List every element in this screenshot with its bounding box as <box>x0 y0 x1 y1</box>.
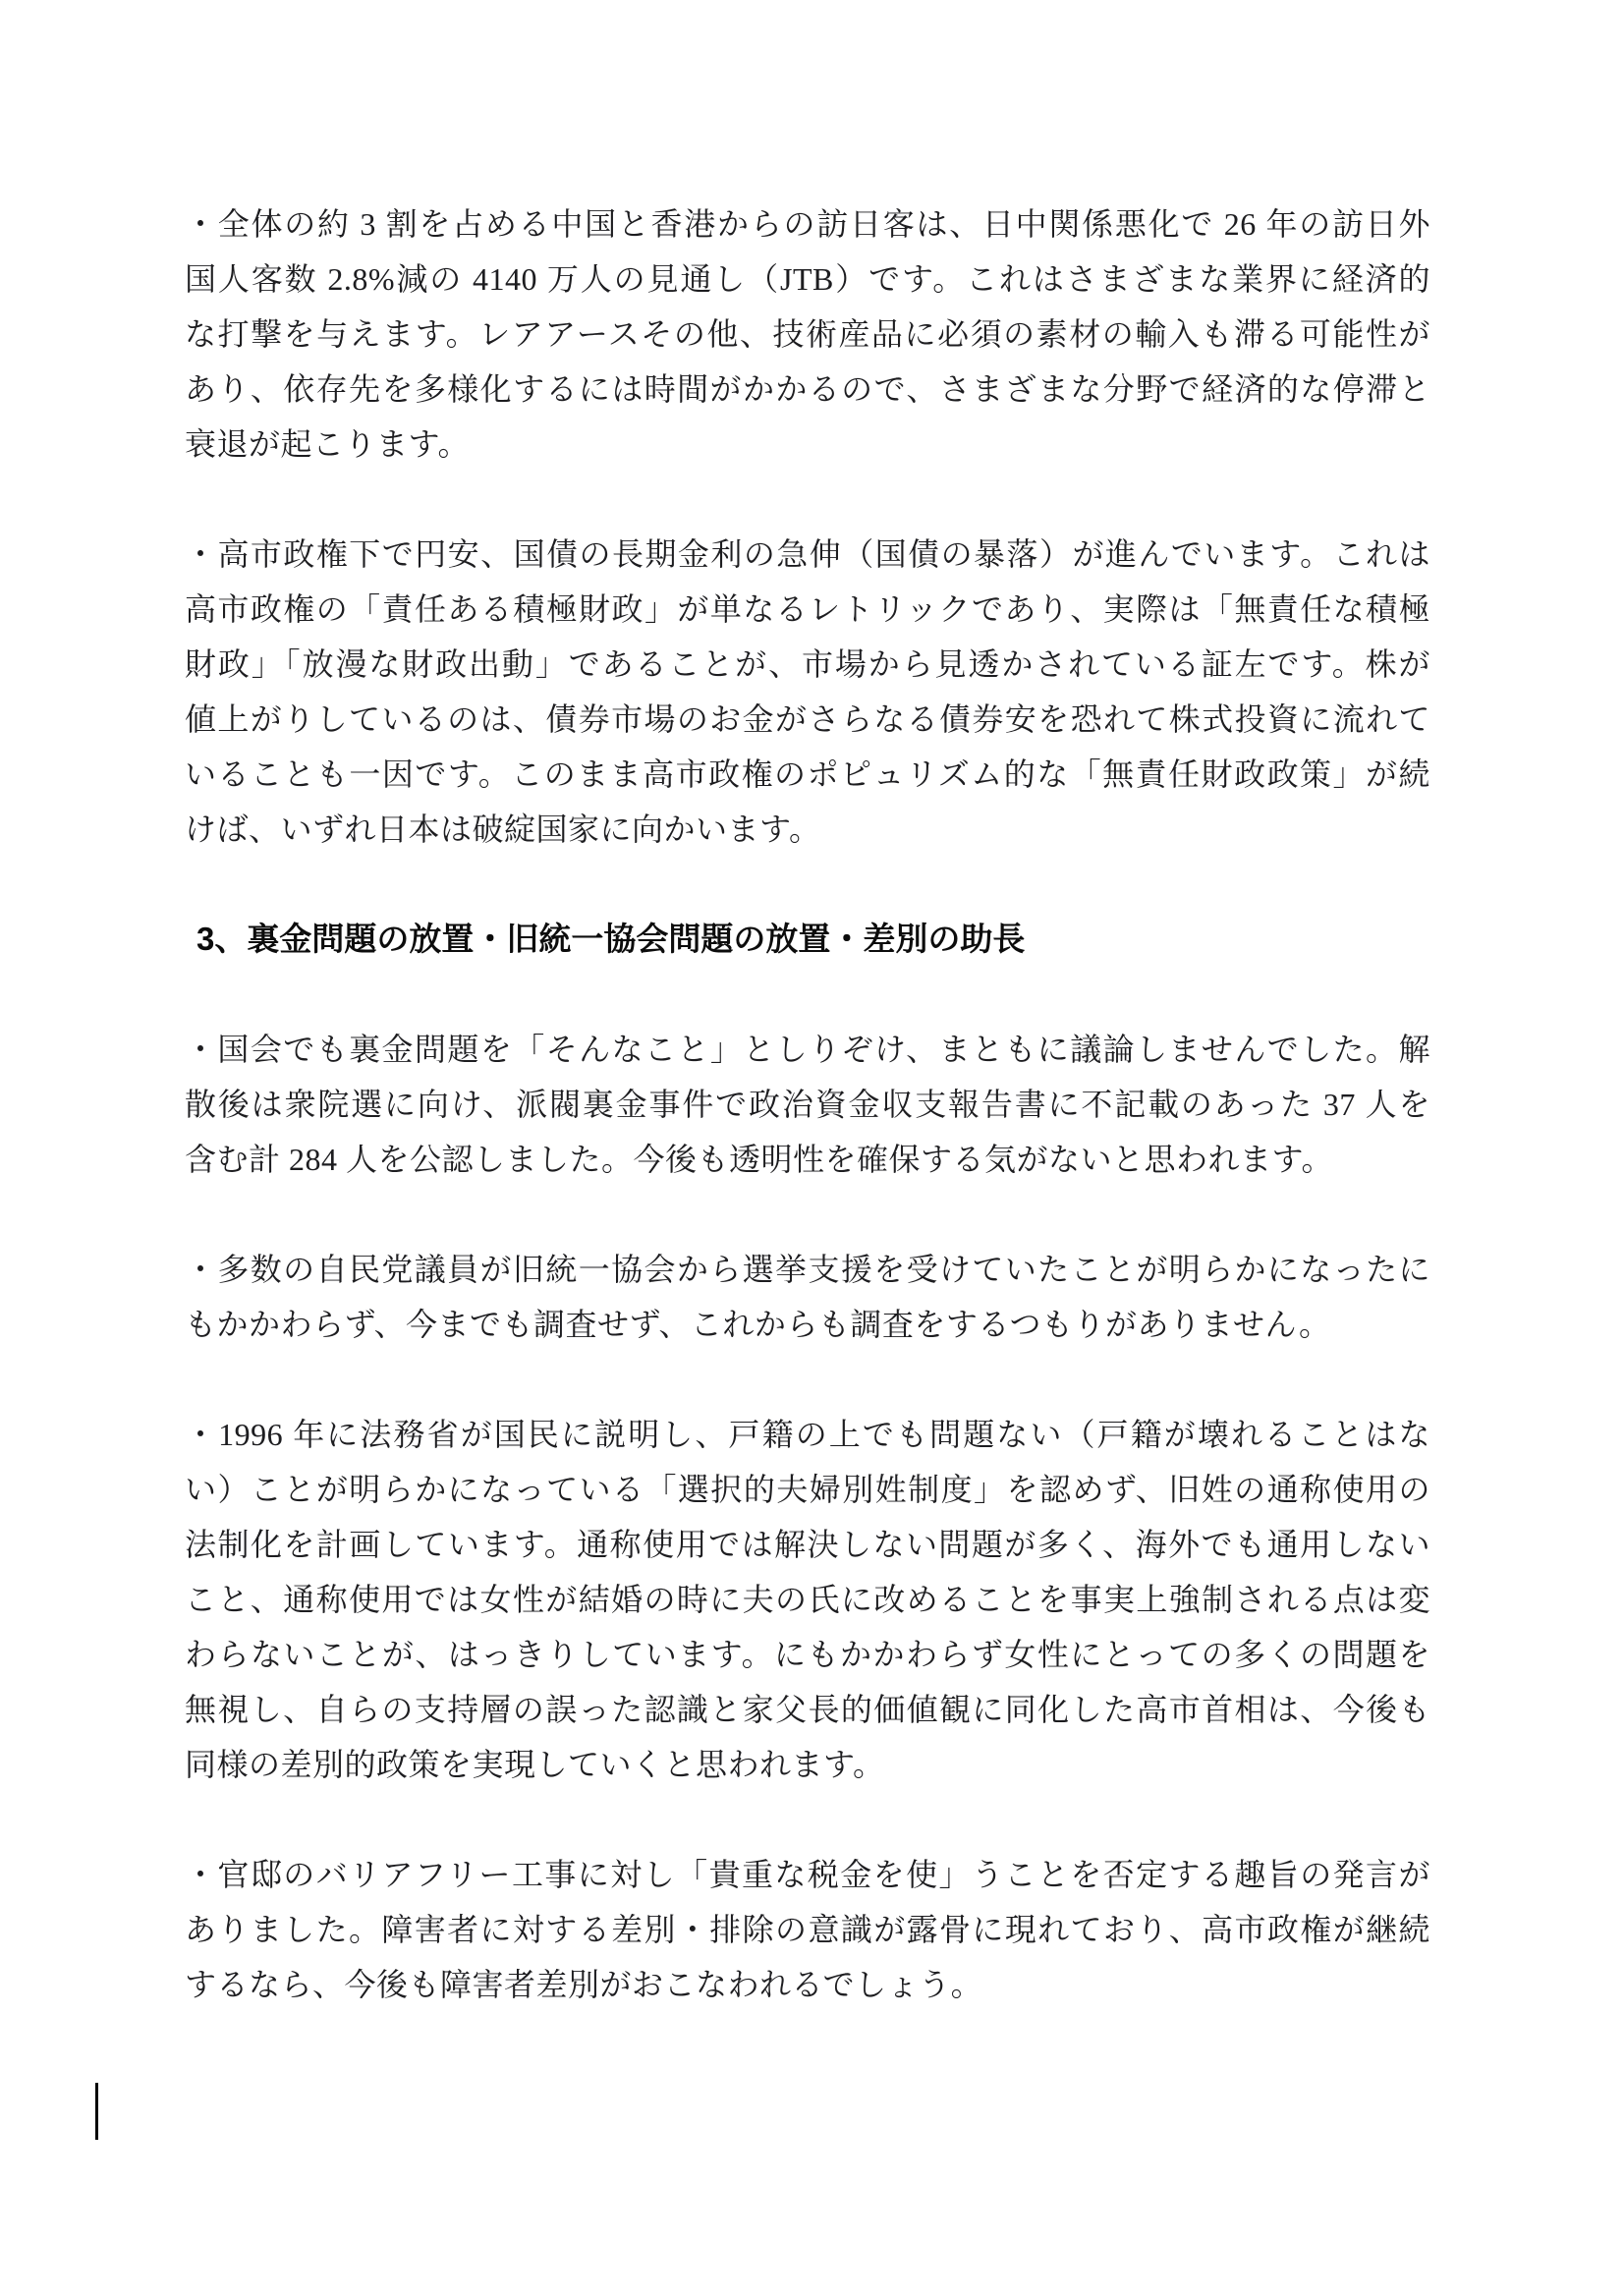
text-line: こと、通称使用では女性が結婚の時に夫の氏に改めることを事実上強制される点は変 <box>185 1572 1430 1627</box>
text-line: わらないことが、はっきりしています。にもかかわらず女性にとっての多くの問題を <box>185 1627 1430 1682</box>
text-line: ・多数の自民党議員が旧統一協会から選挙支援を受けていたことが明らかになったに <box>185 1242 1430 1297</box>
text-line: い）ことが明らかになっている「選択的夫婦別姓制度」を認めず、旧姓の通称使用の <box>185 1462 1430 1517</box>
paragraph-inbound-tourism: ・全体の約 3 割を占める中国と香港からの訪日客は、日中関係悪化で 26 年の訪… <box>185 196 1430 472</box>
paragraph-barrier-free: ・官邸のバリアフリー工事に対し「貴重な税金を使」うことを否定する趣旨の発言が あ… <box>185 1847 1430 2012</box>
text-line: 同様の差別的政策を実現していくと思われます。 <box>185 1737 1430 1792</box>
text-line: 含む計 284 人を公認しました。今後も透明性を確保する気がないと思われます。 <box>185 1132 1430 1187</box>
text-line: あり、依存先を多様化するには時間がかかるので、さまざまな分野で経済的な停滞と <box>185 362 1430 417</box>
text-line: 国人客数 2.8%減の 4140 万人の見通し（JTB）です。これはさまざまな業… <box>185 252 1430 307</box>
text-line: 無視し、自らの支持層の誤った認識と家父長的価値観に同化した高市首相は、今後も <box>185 1682 1430 1737</box>
text-line: もかかわらず、今までも調査せず、これからも調査をするつもりがありません。 <box>185 1297 1430 1352</box>
text-line: ・全体の約 3 割を占める中国と香港からの訪日客は、日中関係悪化で 26 年の訪… <box>185 196 1430 252</box>
paragraph-fiscal-policy: ・高市政権下で円安、国債の長期金利の急伸（国債の暴落）が進んでいます。これは 高… <box>185 527 1430 857</box>
text-cursor-bar <box>95 2083 98 2140</box>
document-page: ・全体の約 3 割を占める中国と香港からの訪日客は、日中関係悪化で 26 年の訪… <box>0 0 1624 2295</box>
text-line: 高市政権の「責任ある積極財政」が単なるレトリックであり、実際は「無責任な積極 <box>185 582 1430 637</box>
text-line: な打撃を与えます。レアアースその他、技術産品に必須の素材の輸入も滞る可能性が <box>185 307 1430 362</box>
text-line: 衰退が起こります。 <box>185 417 1430 472</box>
text-line: けば、いずれ日本は破綻国家に向かいます。 <box>185 802 1430 857</box>
text-line: 散後は衆院選に向け、派閥裏金事件で政治資金収支報告書に不記載のあった 37 人を <box>185 1077 1430 1132</box>
text-line: するなら、今後も障害者差別がおこなわれるでしょう。 <box>185 1957 1430 2012</box>
text-line: 値上がりしているのは、債券市場のお金がさらなる債券安を恐れて株式投資に流れて <box>185 692 1430 747</box>
text-line: ・高市政権下で円安、国債の長期金利の急伸（国債の暴落）が進んでいます。これは <box>185 527 1430 582</box>
document-body: ・全体の約 3 割を占める中国と香港からの訪日客は、日中関係悪化で 26 年の訪… <box>185 196 1430 2067</box>
section-heading: 3、裏金問題の放置・旧統一協会問題の放置・差別の助長 <box>185 912 1430 967</box>
text-line: ありました。障害者に対する差別・排除の意識が露骨に現れており、高市政権が継続 <box>185 1902 1430 1957</box>
paragraph-separate-surnames: ・1996 年に法務省が国民に説明し、戸籍の上でも問題ない（戸籍が壊れることはな… <box>185 1407 1430 1792</box>
paragraph-unification-church: ・多数の自民党議員が旧統一協会から選挙支援を受けていたことが明らかになったに も… <box>185 1242 1430 1352</box>
text-line: 財政」「放漫な財政出動」であることが、市場から見透かされている証左です。株が <box>185 637 1430 692</box>
text-line: ・国会でも裏金問題を「そんなこと」としりぞけ、まともに議論しませんでした。解 <box>185 1022 1430 1077</box>
text-line: 法制化を計画しています。通称使用では解決しない問題が多く、海外でも通用しない <box>185 1517 1430 1572</box>
text-line: いることも一因です。このまま高市政権のポピュリズム的な「無責任財政政策」が続 <box>185 747 1430 802</box>
paragraph-slush-fund: ・国会でも裏金問題を「そんなこと」としりぞけ、まともに議論しませんでした。解 散… <box>185 1022 1430 1187</box>
text-line: ・1996 年に法務省が国民に説明し、戸籍の上でも問題ない（戸籍が壊れることはな <box>185 1407 1430 1462</box>
text-line: ・官邸のバリアフリー工事に対し「貴重な税金を使」うことを否定する趣旨の発言が <box>185 1847 1430 1902</box>
